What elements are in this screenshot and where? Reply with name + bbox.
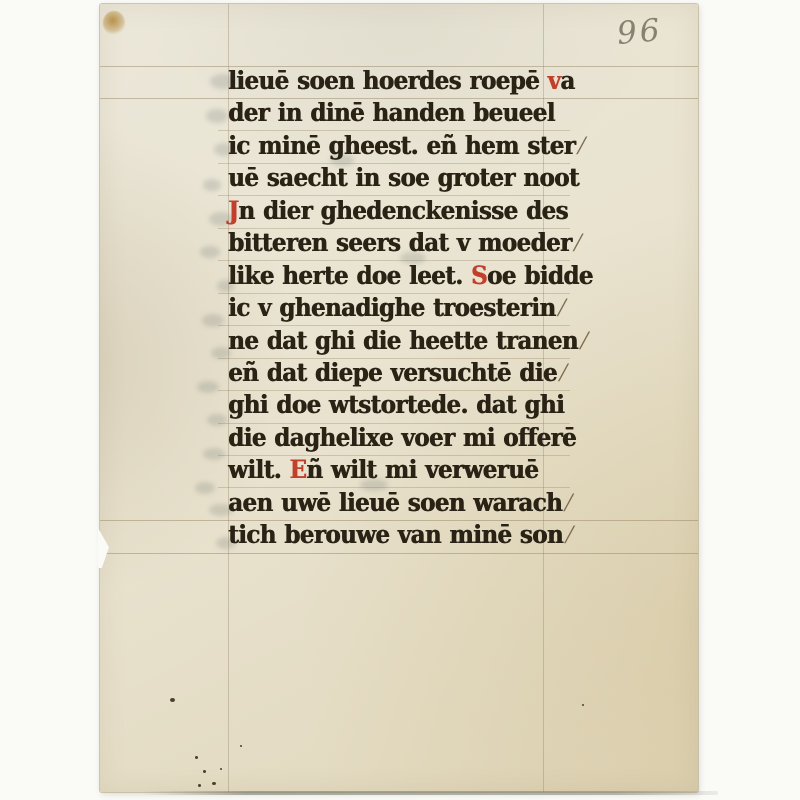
text-line: ne dat ghi die heette tranen⁄ bbox=[228, 323, 586, 359]
text-segment: eñ dat diepe versuchtē die bbox=[228, 358, 557, 388]
edge-tear bbox=[98, 528, 109, 568]
text-segment: a bbox=[560, 66, 574, 96]
line-filler-stroke: ⁄ bbox=[568, 522, 571, 548]
line-filler-stroke: ⁄ bbox=[562, 360, 565, 386]
manuscript-leaf: lieuē soen hoerdes roepē vader in dinē h… bbox=[100, 4, 698, 792]
text-line: aen uwē lieuē soen warach⁄ bbox=[228, 485, 586, 521]
text-segment: ñ wilt mi verweruē bbox=[306, 455, 538, 485]
text-line: ic v ghenadighe troesterin⁄ bbox=[228, 291, 586, 327]
text-line: uē saecht in soe groter noot bbox=[228, 161, 586, 197]
scan-edge-shadow bbox=[142, 791, 718, 795]
text-segment: lieuē soen hoerdes roepē bbox=[228, 66, 547, 96]
text-segment: n dier ghedenckenisse des bbox=[238, 195, 567, 225]
text-line: ic minē gheest. eñ hem ster⁄ bbox=[228, 128, 586, 164]
text-line: tich berouwe van minē son⁄ bbox=[228, 518, 586, 554]
rubricated-initial: J bbox=[228, 195, 238, 225]
text-segment: der in dinē handen beueel bbox=[228, 98, 555, 128]
text-block: lieuē soen hoerdes roepē vader in dinē h… bbox=[228, 66, 586, 553]
text-segment: tich berouwe van minē son bbox=[228, 520, 563, 550]
stain-top-left bbox=[103, 11, 125, 35]
line-filler-stroke: ⁄ bbox=[576, 230, 579, 256]
folio-number: 96 bbox=[616, 12, 664, 52]
text-line: lieuē soen hoerdes roepē va bbox=[228, 63, 586, 99]
text-segment: oe bidde bbox=[487, 260, 593, 290]
manuscript-photo: lieuē soen hoerdes roepē vader in dinē h… bbox=[0, 0, 800, 800]
text-line: der in dinē handen beueel bbox=[228, 96, 586, 132]
text-line: eñ dat diepe versuchtē die⁄ bbox=[228, 355, 586, 391]
text-line: wilt. Eñ wilt mi verweruē bbox=[228, 453, 586, 489]
text-segment: die daghelixe voer mi offerē bbox=[228, 422, 576, 452]
text-segment: aen uwē lieuē soen warach bbox=[228, 487, 562, 517]
text-line: die daghelixe voer mi offerē bbox=[228, 420, 586, 456]
page-background: { "document": { "folio_number": "96", "i… bbox=[0, 0, 800, 800]
rubricated-initial: v bbox=[547, 66, 560, 96]
text-segment: ic minē gheest. eñ hem ster bbox=[228, 131, 575, 161]
line-filler-stroke: ⁄ bbox=[583, 327, 586, 353]
text-segment: ne dat ghi die heette tranen bbox=[228, 325, 578, 355]
text-line: ghi doe wtstortede. dat ghi bbox=[228, 388, 586, 424]
line-filler-stroke: ⁄ bbox=[560, 295, 563, 321]
text-segment: ic v ghenadighe troesterin bbox=[228, 293, 555, 323]
text-line: bitteren seers dat v moeder⁄ bbox=[228, 226, 586, 262]
text-segment: bitteren seers dat v moeder bbox=[228, 228, 571, 258]
text-line: like herte doe leet. Soe bidde bbox=[228, 258, 586, 294]
text-segment: ghi doe wtstortede. dat ghi bbox=[228, 390, 564, 420]
text-line: Jn dier ghedenckenisse des bbox=[228, 193, 586, 229]
rubricated-initial: S bbox=[471, 260, 487, 290]
text-segment: like herte doe leet. bbox=[228, 260, 471, 290]
line-filler-stroke: ⁄ bbox=[567, 490, 570, 516]
line-filler-stroke: ⁄ bbox=[580, 133, 583, 159]
text-segment: uē saecht in soe groter noot bbox=[228, 163, 579, 193]
text-segment: wilt. bbox=[228, 455, 289, 485]
rubricated-initial: E bbox=[289, 455, 306, 485]
